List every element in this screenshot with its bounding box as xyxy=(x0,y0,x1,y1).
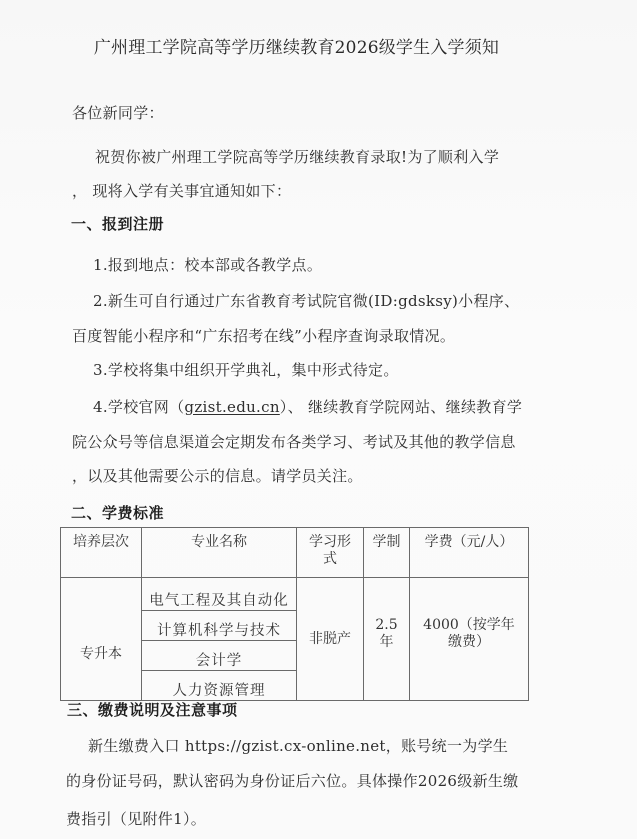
cell-major: 人力资源管理 xyxy=(142,671,297,701)
fee-value: 4000（按学年 xyxy=(410,617,528,634)
cell-duration: 2.5 年 xyxy=(364,578,410,701)
section-2-heading: 二、学费标准 xyxy=(71,504,164,522)
section-1-item-4-cont-2: ，以及其他需要公示的信息。请学员关注。 xyxy=(72,467,363,485)
header-level: 培养层次 xyxy=(61,528,142,578)
cell-study-form: 非脱产 xyxy=(297,578,364,701)
cell-major: 计算机科学与技术 xyxy=(142,611,297,641)
header-study-form-line-1: 学习形 xyxy=(297,534,363,551)
item-4-suffix: ）、 继续教育学院网站、继续教育学 xyxy=(280,398,522,416)
tuition-table: 培养层次 专业名称 学习形 式 学制 学费（元/人） 专升本 电气工程及其自动化… xyxy=(60,527,529,701)
cell-major: 会计学 xyxy=(142,641,297,671)
header-major: 专业名称 xyxy=(142,528,297,578)
section-1-item-2: 2.新生可自行通过广东省教育考试院官微(ID:gdsksy)小程序、 xyxy=(93,292,519,310)
section-3-line-2: 的身份证号码，默认密码为身份证后六位。具体操作2026级新生缴 xyxy=(66,772,518,790)
section-3-line-1: 新生缴费入口 https://gzist.cx-online.net，账号统一为… xyxy=(88,737,508,755)
document-title: 广州理工学院高等学历继续教育2026级学生入学须知 xyxy=(0,37,593,59)
cell-major: 电气工程及其自动化 xyxy=(142,578,297,611)
cell-fee: 4000（按学年 缴费） xyxy=(410,578,529,701)
section-3-line-3: 费指引（见附件1）。 xyxy=(66,810,206,828)
duration-unit: 年 xyxy=(364,634,409,651)
section-1-item-2-cont: 百度智能小程序和“广东招考在线”小程序查询录取情况。 xyxy=(72,327,455,345)
table-header-row: 培养层次 专业名称 学习形 式 学制 学费（元/人） xyxy=(61,528,529,578)
header-duration: 学制 xyxy=(364,528,410,578)
item-4-prefix: 4.学校官网（ xyxy=(93,398,184,416)
document-page: 广州理工学院高等学历继续教育2026级学生入学须知 各位新同学： 祝贺你被广州理… xyxy=(0,0,637,839)
header-fee: 学费（元/人） xyxy=(410,528,529,578)
header-study-form: 学习形 式 xyxy=(297,528,364,578)
section-1-item-3: 3.学校将集中组织开学典礼，集中形式待定。 xyxy=(93,361,399,379)
section-1-item-4-cont-1: 院公众号等信息渠道会定期发布各类学习、考试及其他的教学信息 xyxy=(72,433,516,451)
section-1-item-1: 1.报到地点：校本部或各教学点。 xyxy=(93,256,322,274)
school-website-link[interactable]: gzist.edu.cn xyxy=(184,398,279,416)
section-3-heading: 三、缴费说明及注意事项 xyxy=(67,701,238,719)
section-1-item-4: 4.学校官网（gzist.edu.cn）、 继续教育学院网站、继续教育学 xyxy=(93,398,522,416)
greeting: 各位新同学： xyxy=(72,104,164,122)
intro-line-1: 祝贺你被广州理工学院高等学历继续教育录取!为了顺利入学 xyxy=(95,148,499,166)
duration-value: 2.5 xyxy=(364,617,409,634)
fee-note: 缴费） xyxy=(410,634,528,651)
header-study-form-line-2: 式 xyxy=(297,551,363,568)
section-1-heading: 一、报到注册 xyxy=(71,215,164,233)
cell-level: 专升本 xyxy=(61,578,142,701)
table-row: 专升本 电气工程及其自动化 非脱产 2.5 年 4000（按学年 缴费） xyxy=(61,578,529,611)
intro-line-2: ， 现将入学有关事宜通知如下： xyxy=(72,182,291,200)
